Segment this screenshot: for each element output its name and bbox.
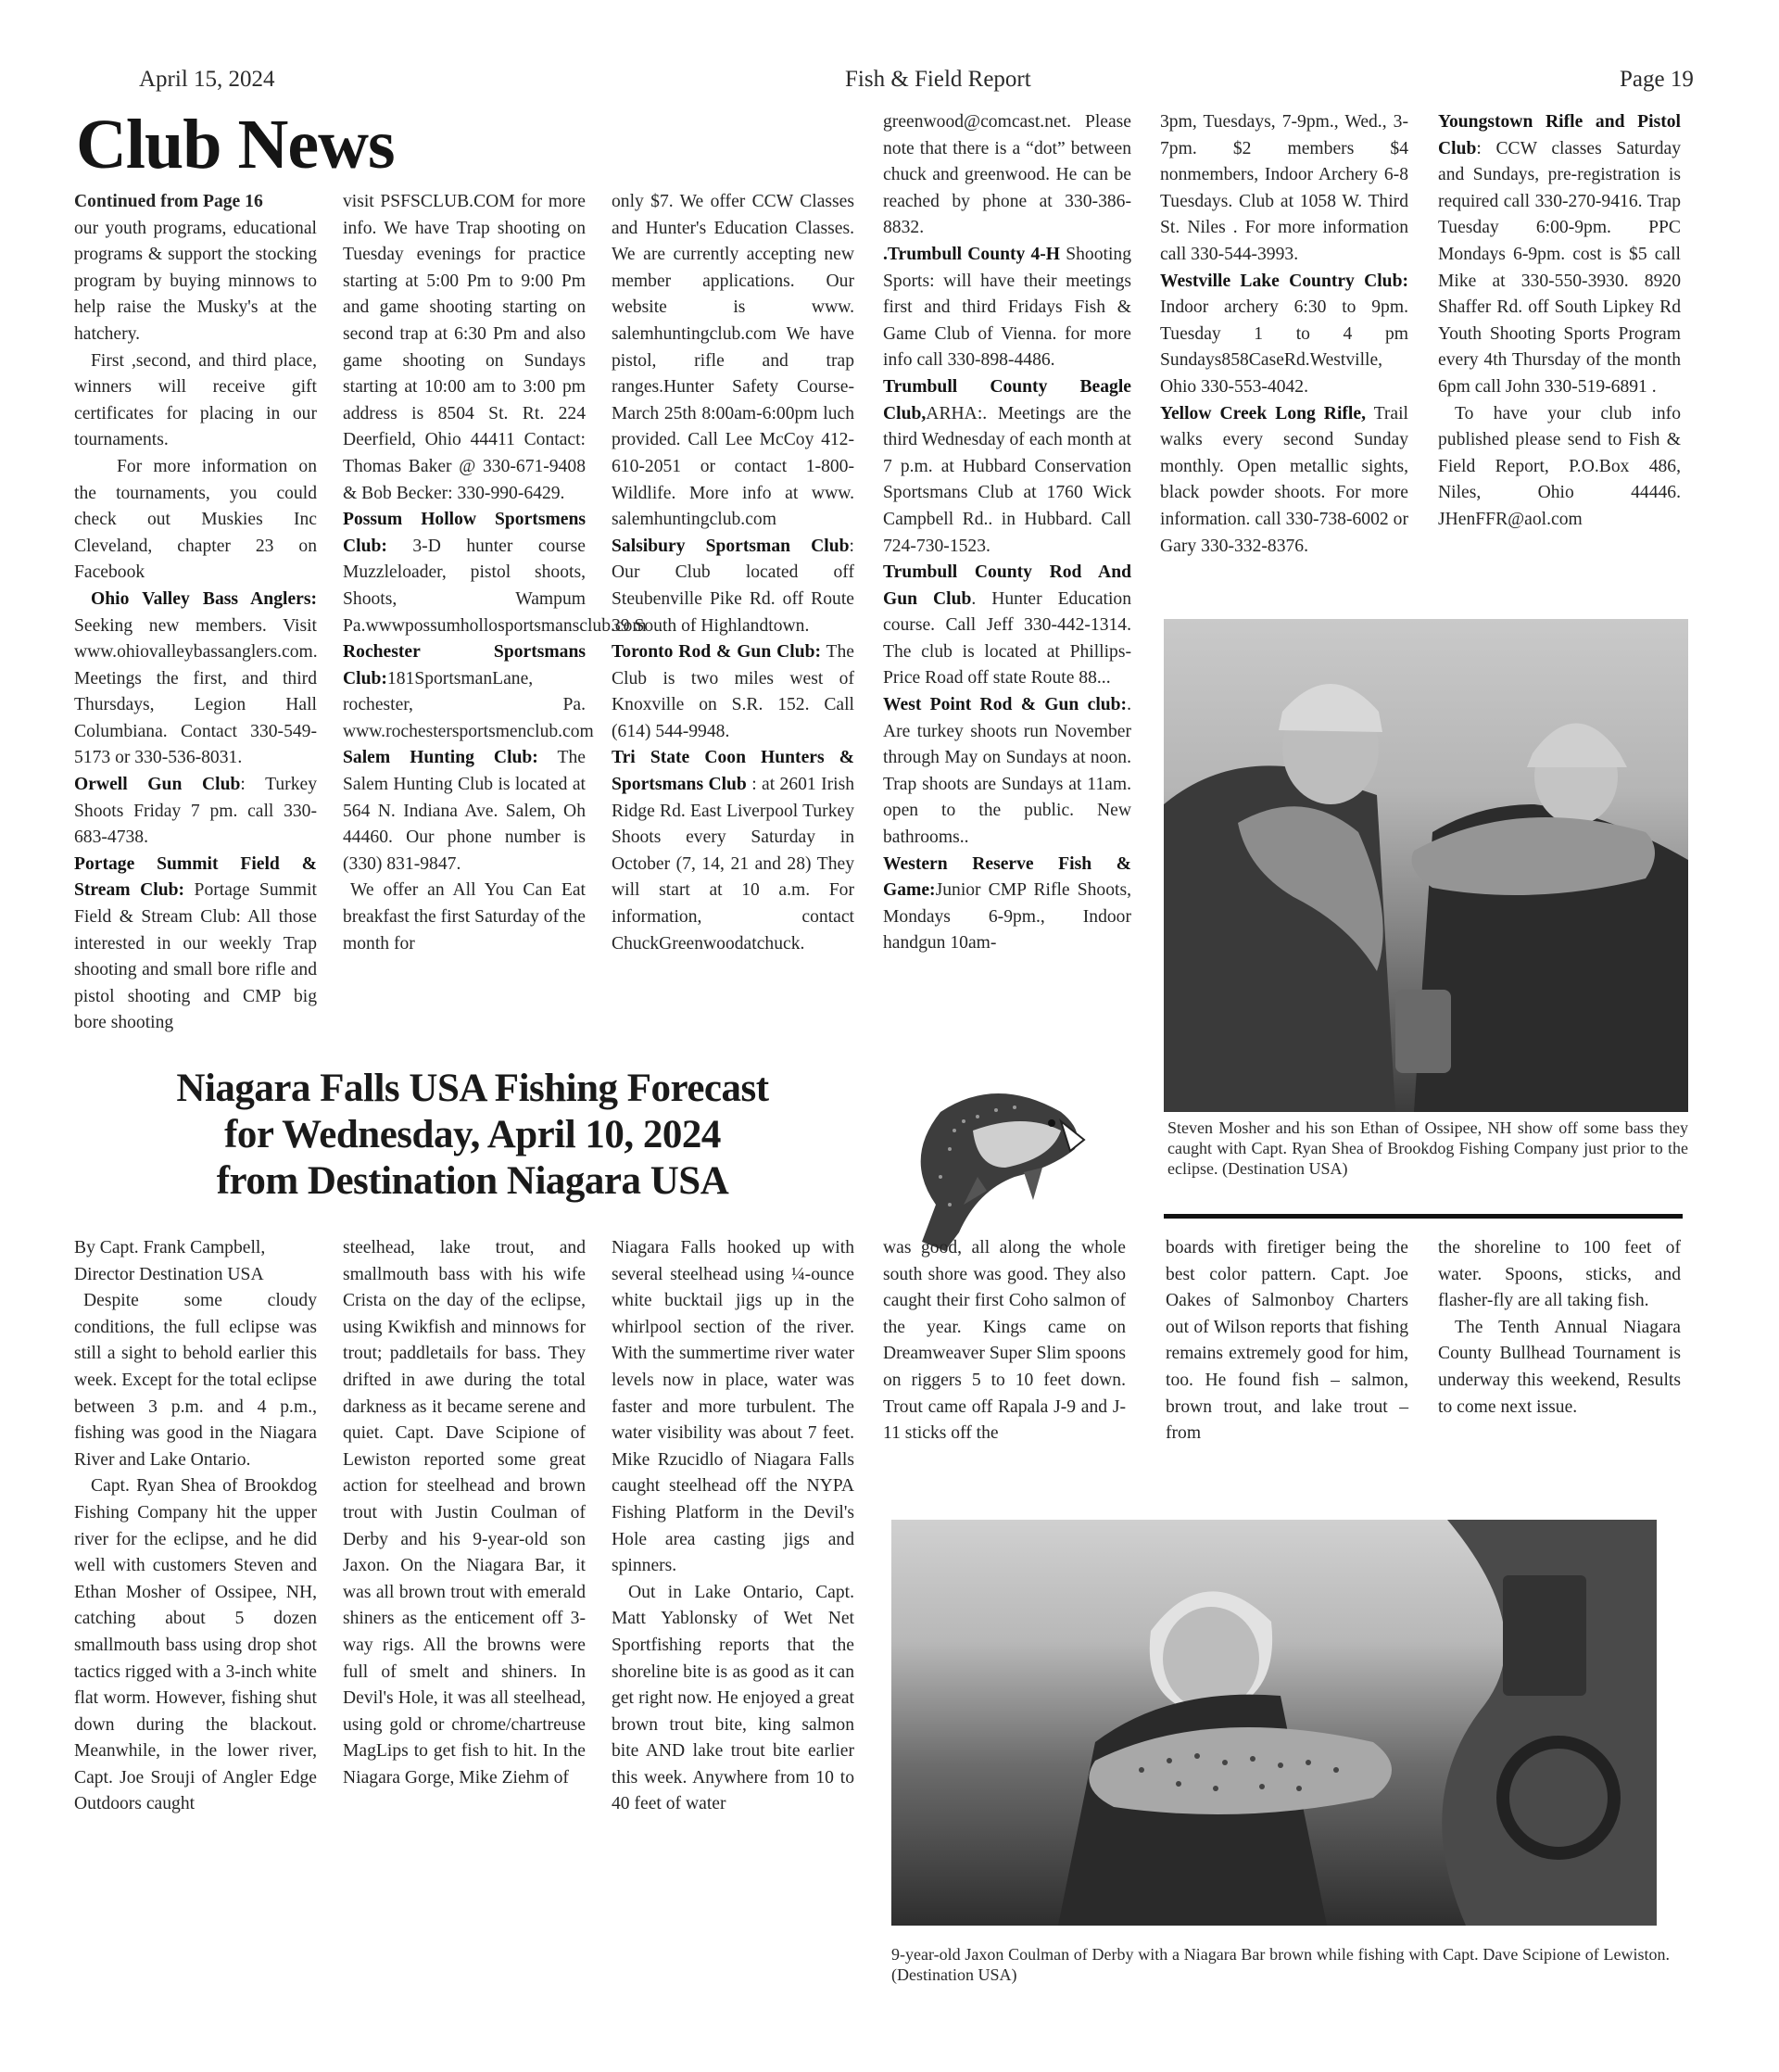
paragraph: For more information on the tournaments,… [74,454,317,587]
club-news-column-4: greenwood@comcast.net. Please note that … [883,109,1131,957]
forecast-column-2: steelhead, lake trout, and smallmouth ba… [343,1235,586,1791]
club-entry-possum-hollow: Possum Hollow Sportsmens Club: 3-D hunte… [343,507,586,639]
forecast-headline: Niagara Falls USA Fishing Forecast for W… [83,1066,862,1205]
paragraph: Capt. Ryan Shea of Brookdog Fishing Comp… [74,1473,317,1818]
club-entry-rochester: Rochester Sportsmans Club:181SportsmanLa… [343,639,586,745]
leaping-trout-icon [885,1075,1107,1260]
club-entry-ohio-valley: Ohio Valley Bass Anglers: Seeking new me… [74,587,317,772]
forecast-column-6: the shoreline to 100 feet of water. Spoo… [1438,1235,1681,1421]
paragraph: Despite some cloudy conditions, the full… [74,1288,317,1473]
paragraph: We offer an All You Can Eat breakfast th… [343,878,586,957]
club-entry-tri-state: Tri State Coon Hunters & Sportsmans Club… [612,745,854,957]
club-entry-western-reserve: Western Reserve Fish & Game:Junior CMP R… [883,852,1131,957]
club-entry-youngstown: Youngstown Rifle and Pistol Club: CCW cl… [1438,109,1681,401]
paragraph: steelhead, lake trout, and smallmouth ba… [343,1235,586,1791]
paragraph: was good, all along the whole south shor… [883,1235,1126,1447]
club-name: West Point Rod & Gun club: [883,695,1127,714]
paragraph: 3pm, Tuesdays, 7-9pm., Wed., 3-7pm. $2 m… [1160,109,1408,269]
boy-holding-trout-illustration [891,1520,1657,1926]
club-entry-orwell: Orwell Gun Club: Turkey Shoots Friday 7 … [74,772,317,852]
paragraph: Niagara Falls hooked up with several ste… [612,1235,854,1580]
paragraph: Out in Lake Ontario, Capt. Matt Yablonsk… [612,1580,854,1818]
photo-caption-coulman: 9-year-old Jaxon Coulman of Derby with a… [891,1944,1670,1985]
club-news-column-5: 3pm, Tuesdays, 7-9pm., Wed., 3-7pm. $2 m… [1160,109,1408,560]
photo-mosher-bass [1164,619,1688,1112]
forecast-column-4: was good, all along the whole south shor… [883,1235,1126,1447]
club-name: .Trumbull County 4-H [883,245,1060,264]
section-divider [1164,1214,1683,1219]
photo-caption-mosher: Steven Mosher and his son Ethan of Ossip… [1167,1118,1688,1179]
club-name: Orwell Gun Club [74,775,240,794]
club-name: Salsibury Sportsman Club [612,537,850,556]
club-entry-portage: Portage Summit Field & Stream Club: Port… [74,852,317,1037]
paragraph: the shoreline to 100 feet of water. Spoo… [1438,1235,1681,1315]
photo-coulman-brown-trout [891,1520,1657,1926]
paragraph: visit PSFSCLUB.COM for more info. We hav… [343,189,586,507]
club-entry-yellow-creek: Yellow Creek Long Rifle, Trail walks eve… [1160,401,1408,561]
club-news-column-2: visit PSFSCLUB.COM for more info. We hav… [343,189,586,957]
club-name: Yellow Creek Long Rifle, [1160,404,1366,423]
club-name: Ohio Valley Bass Anglers: [91,589,317,609]
submission-note: To have your club info published please … [1438,401,1681,534]
paragraph: our youth programs, educational programs… [74,216,317,348]
paragraph: The Tenth Annual Niagara County Bullhead… [1438,1315,1681,1421]
club-entry-westville: Westville Lake Country Club: Indoor arch… [1160,269,1408,401]
anglers-holding-bass-illustration [1164,619,1688,1112]
club-news-column-3: only $7. We offer CCW Classes and Hunter… [612,189,854,957]
club-entry-salem: Salem Hunting Club: The Salem Hunting Cl… [343,745,586,878]
club-news-column-6: Youngstown Rifle and Pistol Club: CCW cl… [1438,109,1681,534]
club-name: Westville Lake Country Club: [1160,272,1408,291]
forecast-column-1: By Capt. Frank Campbell, Director Destin… [74,1235,317,1818]
club-name: Toronto Rod & Gun Club: [612,642,821,662]
page-number: Page 19 [1620,67,1694,93]
paragraph: boards with firetiger being the best col… [1166,1235,1408,1447]
club-entry-trumbull-beagle: Trumbull County Beagle Club,ARHA:. Meeti… [883,374,1131,560]
club-entry-trumbull-rod-gun: Trumbull County Rod And Gun Club. Hunter… [883,560,1131,692]
paragraph: greenwood@comcast.net. Please note that … [883,109,1131,242]
club-entry-toronto: Toronto Rod & Gun Club: The Club is two … [612,639,854,745]
club-entry-salsibury: Salsibury Sportsman Club: Our Club locat… [612,534,854,639]
publication-name: Fish & Field Report [845,67,1031,93]
paragraph: First ,second, and third place, winners … [74,348,317,454]
issue-date: April 15, 2024 [139,67,275,93]
paragraph: only $7. We offer CCW Classes and Hunter… [612,189,854,534]
club-entry-trumbull-4h: .Trumbull County 4-H Shooting Sports: wi… [883,242,1131,374]
club-name: Salem Hunting Club: [343,748,538,767]
club-entry-west-point: West Point Rod & Gun club:. Are turkey s… [883,692,1131,852]
section-title: Club News [76,109,395,180]
forecast-column-3: Niagara Falls hooked up with several ste… [612,1235,854,1818]
club-news-column-1: Continued from Page 16 our youth program… [74,189,317,1037]
byline: By Capt. Frank Campbell, Director Destin… [74,1235,317,1288]
continued-note: Continued from Page 16 [74,189,317,216]
forecast-column-5: boards with firetiger being the best col… [1166,1235,1408,1447]
